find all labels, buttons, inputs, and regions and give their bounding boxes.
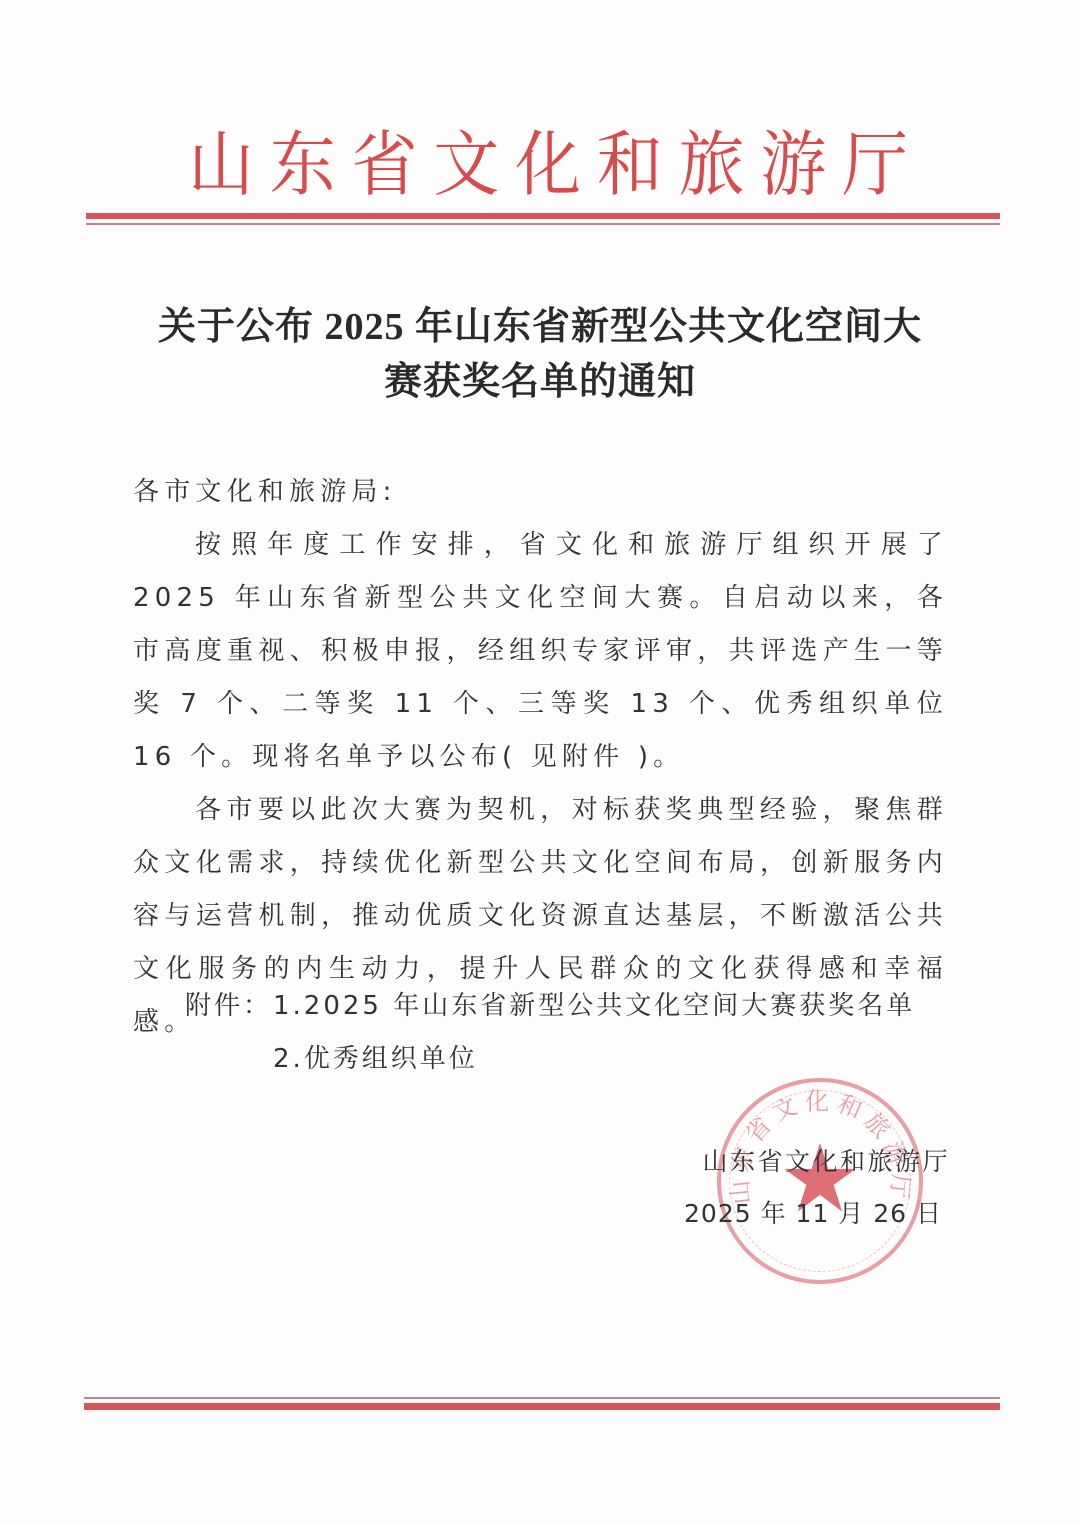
letterhead-divider-thick (86, 213, 1000, 219)
salutation: 各市文化和旅游局: (133, 466, 948, 519)
letterhead-char: 游 (760, 116, 826, 213)
official-notice-page: 山 东 省 文 化 和 旅 游 厅 关于公布 2025 年山东省新型公共文化空间… (0, 0, 1080, 1525)
letterhead-divider-thin (86, 223, 1000, 225)
letterhead-char: 东 (270, 116, 336, 213)
footer-divider-thick (84, 1403, 1000, 1410)
document-title-line-2: 赛获奖名单的通知 (130, 355, 950, 410)
issuing-organization: 山东省文化和旅游厅 (660, 1136, 950, 1188)
footer-divider-thin (84, 1397, 1000, 1399)
letterhead-char: 省 (352, 116, 418, 213)
letterhead-char: 旅 (679, 116, 745, 213)
attachments-label: 附件： (185, 980, 273, 1033)
issue-date: 2025 年 11 月 26 日 (660, 1188, 950, 1240)
letterhead-char: 和 (597, 116, 663, 213)
body-paragraph-1: 按照年度工作安排，省文化和旅游厅组织开展了 2025 年山东省新型公共文化空间大… (133, 519, 948, 784)
document-title: 关于公布 2025 年山东省新型公共文化空间大 赛获奖名单的通知 (130, 300, 950, 410)
letterhead-char: 化 (515, 116, 581, 213)
signature-block: 山东省文化和旅游厅 2025 年 11 月 26 日 (660, 1136, 950, 1240)
letterhead-char: 文 (433, 116, 499, 213)
document-title-line-1: 关于公布 2025 年山东省新型公共文化空间大 (130, 300, 950, 355)
letterhead-char: 厅 (842, 116, 908, 213)
letterhead-org-name: 山 东 省 文 化 和 旅 游 厅 (188, 120, 908, 210)
document-body: 各市文化和旅游局: 按照年度工作安排，省文化和旅游厅组织开展了 2025 年山东… (133, 466, 948, 1049)
attachment-item-1: 1.2025 年山东省新型公共文化空间大赛获奖名单 (273, 991, 915, 1021)
letterhead-char: 山 (188, 116, 254, 213)
attachments-list: 附件：1.2025 年山东省新型公共文化空间大赛获奖名单 2.优秀组织单位 (185, 980, 925, 1086)
